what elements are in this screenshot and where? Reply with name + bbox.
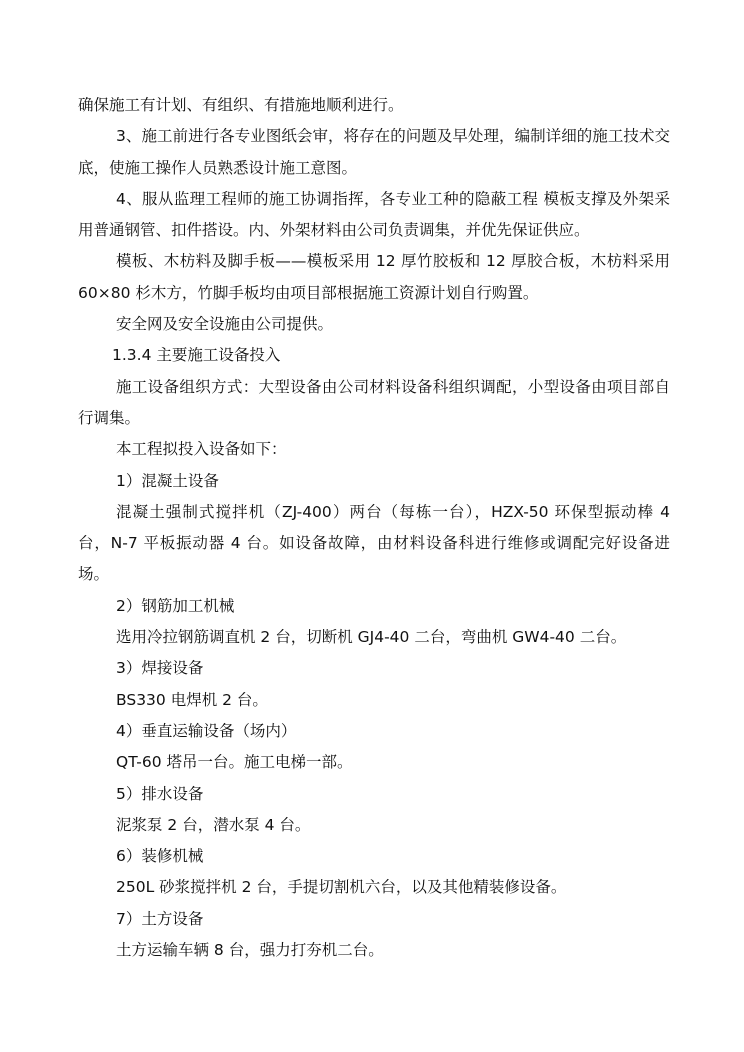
subheading-earthwork-equipment: 7）土方设备	[78, 904, 670, 935]
paragraph-earthwork-equipment: 土方运输车辆 8 台，强力打夯机二台。	[78, 935, 670, 966]
document-page: 确保施工有计划、有组织、有措施地顺利进行。 3、施工前进行各专业图纸会审，将存在…	[78, 90, 670, 966]
section-heading-1-3-4: 1.3.4 主要施工设备投入	[78, 340, 670, 371]
subheading-welding-equipment: 3）焊接设备	[78, 653, 670, 684]
paragraph-vertical-transport: QT-60 塔吊一台。施工电梯一部。	[78, 747, 670, 778]
paragraph-item-4-supervision: 4、服从监理工程师的施工协调指挥，各专业工种的隐蔽工程 模板支撑及外架采用普通钢…	[78, 184, 670, 247]
paragraph-continuation: 确保施工有计划、有组织、有措施地顺利进行。	[78, 90, 670, 121]
subheading-vertical-transport: 4）垂直运输设备（场内）	[78, 716, 670, 747]
subheading-rebar-machinery: 2）钢筋加工机械	[78, 591, 670, 622]
subheading-concrete-equipment: 1）混凝土设备	[78, 466, 670, 497]
paragraph-welding-equipment: BS330 电焊机 2 台。	[78, 685, 670, 716]
paragraph-rebar-machinery: 选用冷拉钢筋调直机 2 台，切断机 GJ4-40 二台，弯曲机 GW4-40 二…	[78, 622, 670, 653]
subheading-decoration-machinery: 6）装修机械	[78, 841, 670, 872]
paragraph-concrete-equipment: 混凝土强制式搅拌机（ZJ-400）两台（每栋一台），HZX-50 环保型振动棒 …	[78, 497, 670, 591]
paragraph-formwork-materials: 模板、木枋料及脚手板——模板采用 12 厚竹胶板和 12 厚胶合板，木枋料采用 …	[78, 246, 670, 309]
paragraph-item-3-drawing-review: 3、施工前进行各专业图纸会审，将存在的问题及早处理，编制详细的施工技术交底，使施…	[78, 121, 670, 184]
subheading-drainage-equipment: 5）排水设备	[78, 779, 670, 810]
paragraph-safety-net: 安全网及安全设施由公司提供。	[78, 309, 670, 340]
paragraph-decoration-machinery: 250L 砂浆搅拌机 2 台，手提切割机六台，以及其他精装修设备。	[78, 872, 670, 903]
paragraph-equipment-organization: 施工设备组织方式：大型设备由公司材料设备科组织调配，小型设备由项目部自行调集。	[78, 372, 670, 435]
paragraph-equipment-intro: 本工程拟投入设备如下：	[78, 434, 670, 465]
paragraph-drainage-equipment: 泥浆泵 2 台，潜水泵 4 台。	[78, 810, 670, 841]
